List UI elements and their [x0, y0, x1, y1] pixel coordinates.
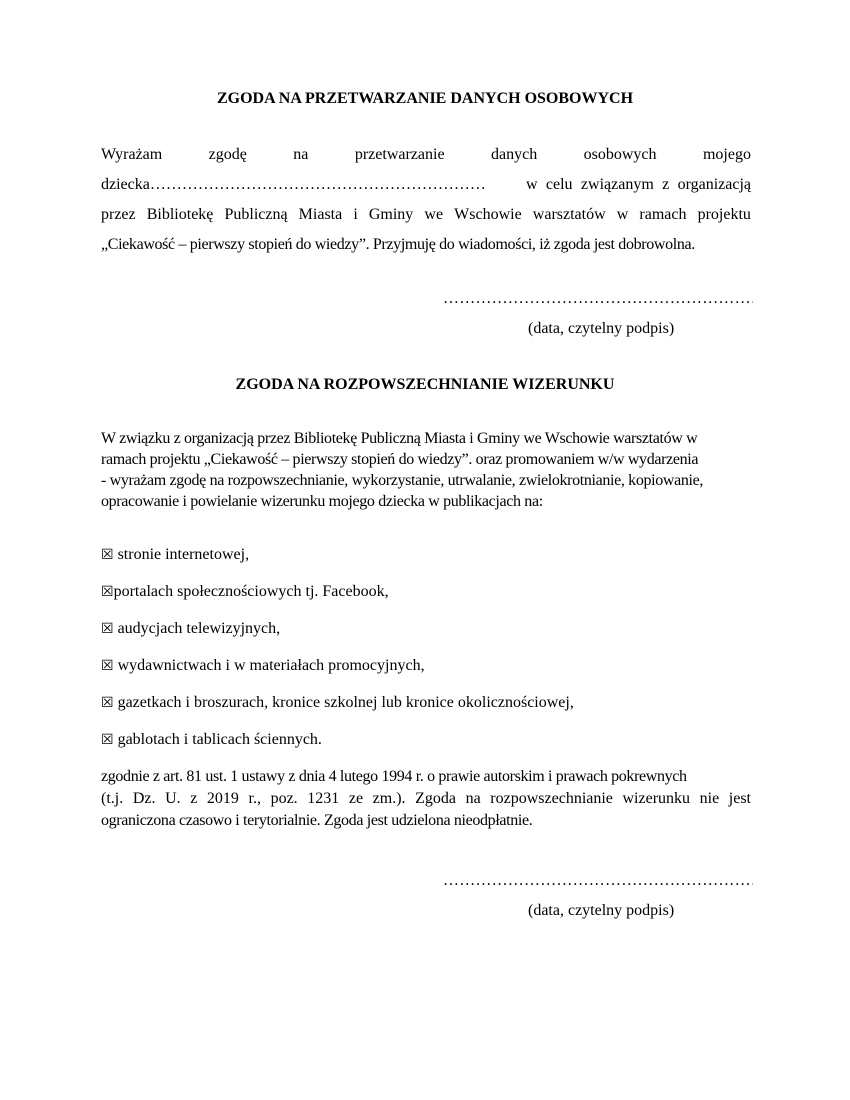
word: z: [190, 790, 197, 808]
publication-option[interactable]: ☒portalach społecznościowych tj. Faceboo…: [101, 583, 389, 601]
word: danych: [491, 146, 537, 164]
word: 1231: [307, 790, 339, 808]
signature-caption-1: (data, czytelny podpis): [528, 320, 674, 338]
consent-line-3: przezBibliotekęPublicznąMiastaiGminyweWs…: [101, 206, 751, 224]
word: ramach: [639, 206, 686, 224]
legal-basis-line-3: ograniczona czasowo i terytorialnie. Zgo…: [101, 812, 751, 830]
image-paragraph-line-1: W związku z organizacją przez Bibliotekę…: [101, 430, 751, 448]
word: Zgoda: [415, 790, 456, 808]
word: 2019: [207, 790, 239, 808]
option-label: audycjach telewizyjnych,: [114, 620, 281, 637]
checked-checkbox-icon[interactable]: ☒: [101, 732, 114, 748]
publication-option[interactable]: ☒ stronie internetowej,: [101, 546, 249, 564]
publication-option[interactable]: ☒ wydawnictwach i w materiałach promocyj…: [101, 657, 425, 675]
word: r.,: [249, 790, 261, 808]
word: osobowych: [584, 146, 657, 164]
legal-basis-line-1: zgodnie z art. 81 ust. 1 ustawy z dnia 4…: [101, 768, 751, 786]
word: rozpowszechnianie: [490, 790, 613, 808]
word: w: [526, 176, 538, 194]
checked-checkbox-icon[interactable]: ☒: [101, 658, 114, 674]
word: Miasta: [299, 206, 343, 224]
checked-checkbox-icon[interactable]: ☒: [101, 621, 114, 637]
word: przez: [101, 206, 136, 224]
image-paragraph-line-2: ramach projektu „Ciekawość – pierwszy st…: [101, 451, 751, 469]
image-paragraph-line-4: opracowanie i powielanie wizerunku mojeg…: [101, 493, 751, 511]
checked-checkbox-icon[interactable]: ☒: [101, 584, 114, 600]
word: wizerunku: [623, 790, 691, 808]
consent-line-1: Wyrażamzgodęnaprzetwarzaniedanychosobowy…: [101, 146, 751, 164]
word: we: [424, 206, 443, 224]
checked-checkbox-icon[interactable]: ☒: [101, 547, 114, 563]
word: i: [353, 206, 357, 224]
option-label: gablotach i tablicach ściennych.: [114, 731, 322, 748]
option-label: wydawnictwach i w materiałach promocyjny…: [114, 657, 425, 674]
word: organizacją: [678, 176, 751, 194]
word: (t.j.: [101, 790, 123, 808]
consent-line-2: dziecka……………………………………………………… wceluzwiąza…: [101, 176, 751, 194]
word: związanym: [581, 176, 654, 194]
word: U.: [165, 790, 181, 808]
section-title-data-processing: ZGODA NA PRZETWARZANIE DANYCH OSOBOWYCH: [100, 90, 750, 108]
signature-line-1[interactable]: ……………………………………………………..: [443, 290, 753, 308]
word: na: [466, 790, 481, 808]
word: Dz.: [133, 790, 156, 808]
consent-line-2-rest: wceluzwiązanymzorganizacją: [526, 176, 751, 194]
word: zm.).: [373, 790, 406, 808]
word: zgodę: [209, 146, 247, 164]
word: Gminy: [369, 206, 413, 224]
word: warsztatów: [533, 206, 606, 224]
word: mojego: [703, 146, 751, 164]
word: w: [617, 206, 629, 224]
word: celu: [546, 176, 573, 194]
word: przetwarzanie: [355, 146, 445, 164]
publication-option[interactable]: ☒ gablotach i tablicach ściennych.: [101, 731, 322, 749]
word: nie: [700, 790, 720, 808]
word: jest: [729, 790, 751, 808]
word: projektu: [698, 206, 751, 224]
option-label: stronie internetowej,: [114, 546, 250, 563]
word: ze: [349, 790, 363, 808]
option-label: gazetkach i broszurach, kronice szkolnej…: [114, 694, 574, 711]
word: Publiczną: [224, 206, 287, 224]
word: Wschowie: [454, 206, 522, 224]
legal-basis-line-2: (t.j.Dz.U.z2019r.,poz.1231zezm.).Zgodana…: [101, 790, 751, 808]
signature-caption-2: (data, czytelny podpis): [528, 902, 674, 920]
section-title-image-distribution: ZGODA NA ROZPOWSZECHNIANIE WIZERUNKU: [100, 376, 750, 394]
child-name-blank[interactable]: dziecka………………………………………………………: [101, 176, 486, 194]
word: Bibliotekę: [147, 206, 214, 224]
word: z: [662, 176, 669, 194]
document-page: ZGODA NA PRZETWARZANIE DANYCH OSOBOWYCH …: [0, 0, 850, 1100]
consent-line-4: „Ciekawość – pierwszy stopień do wiedzy”…: [101, 236, 751, 254]
publication-option[interactable]: ☒ gazetkach i broszurach, kronice szkoln…: [101, 694, 574, 712]
option-label: portalach społecznościowych tj. Facebook…: [114, 583, 389, 600]
publication-option[interactable]: ☒ audycjach telewizyjnych,: [101, 620, 280, 638]
word: na: [293, 146, 308, 164]
image-paragraph-line-3: - wyrażam zgodę na rozpowszechnianie, wy…: [101, 472, 751, 490]
word: poz.: [271, 790, 298, 808]
checked-checkbox-icon[interactable]: ☒: [101, 695, 114, 711]
signature-line-2[interactable]: ……………………………………………………..: [443, 872, 753, 890]
word: Wyrażam: [101, 146, 162, 164]
